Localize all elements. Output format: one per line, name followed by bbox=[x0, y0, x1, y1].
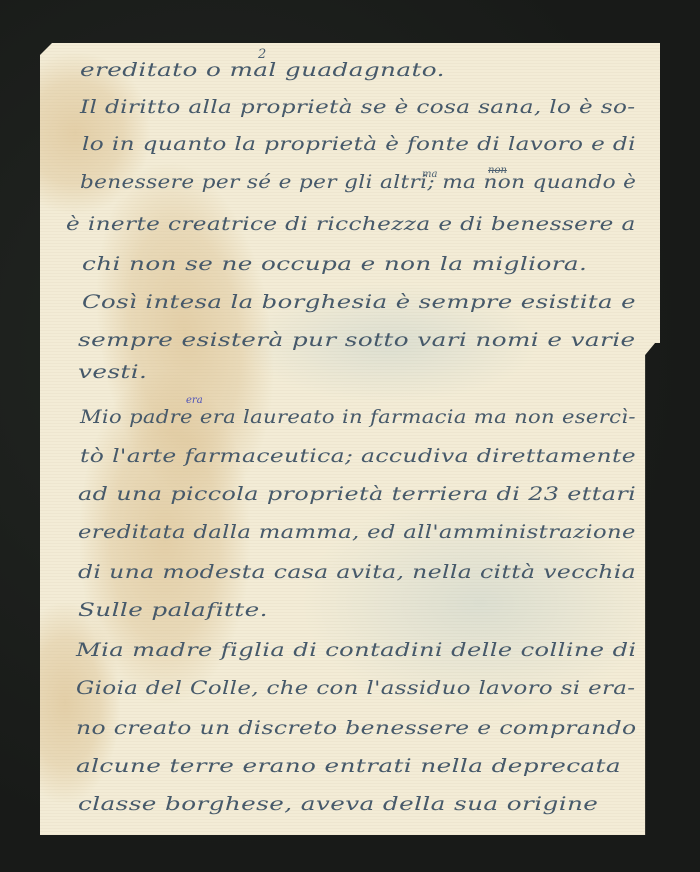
manuscript-line: Così intesa la borghesia è sempre esisti… bbox=[82, 291, 636, 313]
manuscript-line: vesti. bbox=[78, 361, 147, 383]
struck-insertion: non bbox=[488, 165, 507, 176]
manuscript-page: 2 ereditato o mal guadagnato. Il diritto… bbox=[40, 43, 660, 835]
manuscript-line: è inerte creatrice di ricchezza e di ben… bbox=[66, 213, 636, 235]
manuscript-line: ereditato o mal guadagnato. bbox=[80, 59, 445, 81]
manuscript-line: ad una piccola proprietà terriera di 23 … bbox=[78, 483, 636, 505]
manuscript-line: Gioia del Colle, che con l'assiduo lavor… bbox=[76, 677, 635, 699]
interlinear-insertion: ma bbox=[422, 169, 437, 180]
manuscript-line: sempre esisterà pur sotto vari nomi e va… bbox=[78, 329, 636, 351]
manuscript-line: Il diritto alla proprietà se è cosa sana… bbox=[80, 96, 635, 118]
manuscript-line: classe borghese, aveva della sua origine bbox=[78, 793, 598, 815]
manuscript-line: alcune terre erano entrati nella depreca… bbox=[76, 755, 621, 777]
manuscript-line: Mio padre era laureato in farmacia ma no… bbox=[80, 406, 636, 428]
manuscript-line: di una modesta casa avita, nella città v… bbox=[78, 561, 636, 583]
interlinear-insertion-violet: era bbox=[186, 395, 203, 406]
manuscript-line: no creato un discreto benessere e compra… bbox=[76, 717, 637, 739]
manuscript-line: tò l'arte farmaceutica; accudiva diretta… bbox=[80, 445, 636, 467]
manuscript-line: Sulle palafitte. bbox=[78, 599, 268, 621]
manuscript-line: chi non se ne occupa e non la migliora. bbox=[82, 253, 587, 275]
manuscript-line: Mia madre figlia di contadini delle coll… bbox=[76, 639, 637, 661]
manuscript-line: ereditata dalla mamma, ed all'amministra… bbox=[78, 521, 636, 543]
manuscript-line: benessere per sé e per gli altri; ma non… bbox=[80, 171, 636, 193]
manuscript-line: lo in quanto la proprietà è fonte di lav… bbox=[82, 133, 636, 155]
